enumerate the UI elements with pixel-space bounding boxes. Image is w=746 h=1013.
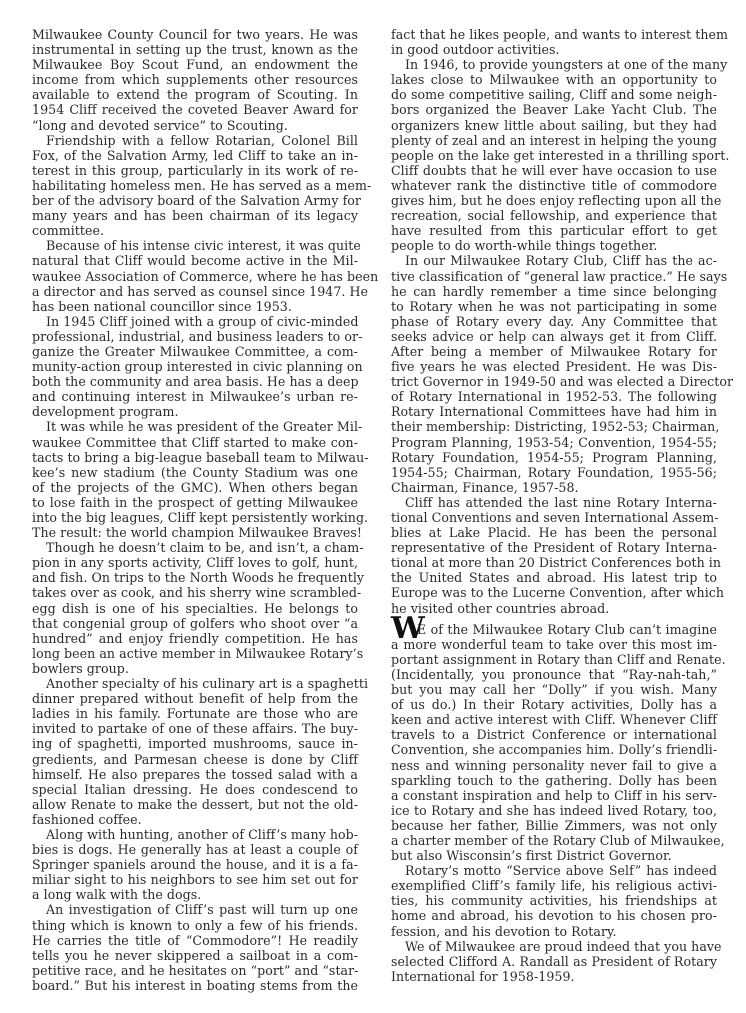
text-line: fession, and his devotion to Rotary. bbox=[391, 924, 717, 939]
text-line: selected Clifford A. Randall as Presiden… bbox=[391, 954, 717, 969]
text-line: a long walk with the dogs. bbox=[32, 887, 358, 902]
text-line: takes over as cook, and his sherry wine … bbox=[32, 585, 358, 600]
text-line: a director and has served as counsel sin… bbox=[32, 284, 358, 299]
text-line-content: E of the Milwaukee Rotary Club can’t ima… bbox=[417, 622, 717, 637]
text-line: Because of his intense civic interest, i… bbox=[32, 238, 358, 253]
text-line: tells you he never skippered a sailboat … bbox=[32, 948, 358, 963]
paragraph: Though he doesn’t claim to be, and isn’t… bbox=[32, 540, 358, 676]
text-line: instrumental in setting up the trust, kn… bbox=[32, 42, 358, 57]
text-line: people on the lake get interested in a t… bbox=[391, 148, 717, 163]
text-line: of Rotary International in 1952-53. The … bbox=[391, 389, 717, 404]
text-line: miliar sight to his neighbors to see him… bbox=[32, 872, 358, 887]
text-line: dinner prepared without benefit of help … bbox=[32, 691, 358, 706]
text-line: because her father, Billie Zimmers, was … bbox=[391, 818, 717, 833]
paragraph: Along with hunting, another of Cliff’s m… bbox=[32, 827, 358, 902]
text-line: “long and devoted service” to Scouting. bbox=[32, 118, 358, 133]
text-line: tional Conventions and seven Internation… bbox=[391, 510, 717, 525]
text-line: Fox, of the Salvation Army, led Cliff to… bbox=[32, 148, 358, 163]
document-page: Milwaukee County Council for two years. … bbox=[0, 0, 746, 1013]
drop-cap: W bbox=[391, 616, 425, 642]
text-line: Though he doesn’t claim to be, and isn’t… bbox=[32, 540, 358, 555]
text-line: In our Milwaukee Rotary Club, Cliff has … bbox=[391, 253, 717, 268]
right-text-column: fact that he likes people, and wants to … bbox=[391, 27, 717, 984]
paragraph: Milwaukee County Council for two years. … bbox=[32, 27, 358, 133]
text-line: bors organized the Beaver Lake Yacht Clu… bbox=[391, 102, 717, 117]
text-line: Convention, she accompanies him. Dolly’s… bbox=[391, 742, 717, 757]
text-line: development program. bbox=[32, 404, 358, 419]
text-line: Rotary International Committees have had… bbox=[391, 404, 717, 419]
text-line: waukee Committee that Cliff started to m… bbox=[32, 435, 358, 450]
paragraph: In 1946, to provide youngsters at one of… bbox=[391, 57, 717, 253]
text-line: phase of Rotary every day. Any Committee… bbox=[391, 314, 717, 329]
paragraph: We of Milwaukee are proud indeed that yo… bbox=[391, 939, 717, 984]
text-line: of the projects of the GMC). When others… bbox=[32, 480, 358, 495]
text-line: that congenial group of golfers who shoo… bbox=[32, 616, 358, 631]
text-line: trict Governor in 1949-50 and was electe… bbox=[391, 374, 717, 389]
text-line: egg dish is one of his specialties. He b… bbox=[32, 601, 358, 616]
text-line: ber of the advisory board of the Salvati… bbox=[32, 193, 358, 208]
text-line: gives him, but he does enjoy reflecting … bbox=[391, 193, 717, 208]
text-line: Rotary’s motto “Service above Self” has … bbox=[391, 863, 717, 878]
text-line: ties, his community activities, his frie… bbox=[391, 893, 717, 908]
text-line: In 1946, to provide youngsters at one of… bbox=[391, 57, 717, 72]
text-line: organizers knew little about sailing, bu… bbox=[391, 118, 717, 133]
text-line: to lose faith in the prospect of getting… bbox=[32, 495, 358, 510]
text-line: Chairman, Finance, 1957-58. bbox=[391, 480, 717, 495]
text-line: After being a member of Milwaukee Rotary… bbox=[391, 344, 717, 359]
text-line: pion in any sports activity, Cliff loves… bbox=[32, 555, 358, 570]
text-line: travels to a District Conference or inte… bbox=[391, 727, 717, 742]
text-line: fashioned coffee. bbox=[32, 812, 358, 827]
text-line: 1954-55; Chairman, Rotary Foundation, 19… bbox=[391, 465, 717, 480]
text-line: he visited other countries abroad. bbox=[391, 601, 717, 616]
text-line: in good outdoor activities. bbox=[391, 42, 717, 57]
text-line: invited to partake of one of these affai… bbox=[32, 721, 358, 736]
text-line: the United States and abroad. His latest… bbox=[391, 570, 717, 585]
text-line: thing which is known to only a few of hi… bbox=[32, 918, 358, 933]
text-line: do some competitive sailing, Cliff and s… bbox=[391, 87, 717, 102]
text-line: both the community and area basis. He ha… bbox=[32, 374, 358, 389]
text-line: International for 1958-1959. bbox=[391, 969, 717, 984]
text-line: bies is dogs. He generally has at least … bbox=[32, 842, 358, 857]
paragraph: WE of the Milwaukee Rotary Club can’t im… bbox=[391, 622, 717, 864]
text-line: plenty of zeal and an interest in helpin… bbox=[391, 133, 717, 148]
text-line: 1954 Cliff received the coveted Beaver A… bbox=[32, 102, 358, 117]
text-line: tional at more than 20 District Conferen… bbox=[391, 555, 717, 570]
text-line: people to do worth-while things together… bbox=[391, 238, 717, 253]
text-line: five years he was elected President. He … bbox=[391, 359, 717, 374]
text-line: Rotary Foundation, 1954-55; Program Plan… bbox=[391, 450, 717, 465]
text-line: ganize the Greater Milwaukee Committee, … bbox=[32, 344, 358, 359]
text-line: seeks advice or help can always get it f… bbox=[391, 329, 717, 344]
text-line: committee. bbox=[32, 223, 358, 238]
text-line: sparkling touch to the gathering. Dolly … bbox=[391, 773, 717, 788]
text-line: (Incidentally, you pronounce that “Ray-n… bbox=[391, 667, 717, 682]
text-line: Another specialty of his culinary art is… bbox=[32, 676, 358, 691]
text-line: An investigation of Cliff’s past will tu… bbox=[32, 902, 358, 917]
paragraph: It was while he was president of the Gre… bbox=[32, 419, 358, 540]
text-line: tacts to bring a big-league baseball tea… bbox=[32, 450, 358, 465]
text-line: portant assignment in Rotary than Cliff … bbox=[391, 652, 717, 667]
text-line: kee’s new stadium (the County Stadium wa… bbox=[32, 465, 358, 480]
text-line: but you may call her “Dolly” if you wish… bbox=[391, 682, 717, 697]
text-line: and continuing interest in Milwaukee’s u… bbox=[32, 389, 358, 404]
text-line: WE of the Milwaukee Rotary Club can’t im… bbox=[391, 622, 717, 637]
text-line: habilitating homeless men. He has served… bbox=[32, 178, 358, 193]
paragraph: Cliff has attended the last nine Rotary … bbox=[391, 495, 717, 616]
text-line: Cliff has attended the last nine Rotary … bbox=[391, 495, 717, 510]
text-line: Europe was to the Lucerne Convention, af… bbox=[391, 585, 717, 600]
text-line: but also Wisconsin’s first District Gove… bbox=[391, 848, 717, 863]
text-line: Milwaukee Boy Scout Fund, an endowment t… bbox=[32, 57, 358, 72]
text-line: have resulted from this particular effor… bbox=[391, 223, 717, 238]
paragraph: Rotary’s motto “Service above Self” has … bbox=[391, 863, 717, 938]
text-line: Program Planning, 1953-54; Convention, 1… bbox=[391, 435, 717, 450]
text-line: their membership: Districting, 1952-53; … bbox=[391, 419, 717, 434]
text-line: into the big leagues, Cliff kept persist… bbox=[32, 510, 358, 525]
text-line: himself. He also prepares the tossed sal… bbox=[32, 767, 358, 782]
text-line: gredients, and Parmesan cheese is done b… bbox=[32, 752, 358, 767]
text-line: whatever rank the distinctive title of c… bbox=[391, 178, 717, 193]
text-line: Cliff doubts that he will ever have occa… bbox=[391, 163, 717, 178]
text-line: and fish. On trips to the North Woods he… bbox=[32, 570, 358, 585]
text-line: ness and winning personality never fail … bbox=[391, 758, 717, 773]
text-line: keen and active interest with Cliff. Whe… bbox=[391, 712, 717, 727]
text-line: In 1945 Cliff joined with a group of civ… bbox=[32, 314, 358, 329]
text-line: It was while he was president of the Gre… bbox=[32, 419, 358, 434]
text-line: available to extend the program of Scout… bbox=[32, 87, 358, 102]
text-line: Springer spaniels around the house, and … bbox=[32, 857, 358, 872]
text-line: he can hardly remember a time since belo… bbox=[391, 284, 717, 299]
text-line: a constant inspiration and help to Cliff… bbox=[391, 788, 717, 803]
text-line: a charter member of the Rotary Club of M… bbox=[391, 833, 717, 848]
text-line: waukee Association of Commerce, where he… bbox=[32, 269, 358, 284]
paragraph: In 1945 Cliff joined with a group of civ… bbox=[32, 314, 358, 420]
text-line: a more wonderful team to take over this … bbox=[391, 637, 717, 652]
text-line: home and abroad, his devotion to his cho… bbox=[391, 908, 717, 923]
text-line: ice to Rotary and she has indeed lived R… bbox=[391, 803, 717, 818]
text-line: blies at Lake Placid. He has been the pe… bbox=[391, 525, 717, 540]
text-line: board.” But his interest in boating stem… bbox=[32, 978, 358, 993]
text-line: munity-action group interested in civic … bbox=[32, 359, 358, 374]
text-line: ing of spaghetti, imported mushrooms, sa… bbox=[32, 736, 358, 751]
text-line: We of Milwaukee are proud indeed that yo… bbox=[391, 939, 717, 954]
text-line: Friendship with a fellow Rotarian, Colon… bbox=[32, 133, 358, 148]
text-line: The result: the world champion Milwaukee… bbox=[32, 525, 358, 540]
text-line: Milwaukee County Council for two years. … bbox=[32, 27, 358, 42]
paragraph: Friendship with a fellow Rotarian, Colon… bbox=[32, 133, 358, 239]
text-line: long been an active member in Milwaukee … bbox=[32, 646, 358, 661]
text-line: recreation, social fellowship, and exper… bbox=[391, 208, 717, 223]
text-line: special Italian dressing. He does condes… bbox=[32, 782, 358, 797]
paragraph: Another specialty of his culinary art is… bbox=[32, 676, 358, 827]
text-line: income from which supplements other reso… bbox=[32, 72, 358, 87]
text-line: to Rotary when he was not participating … bbox=[391, 299, 717, 314]
text-line: many years and has been chairman of its … bbox=[32, 208, 358, 223]
text-line: natural that Cliff would become active i… bbox=[32, 253, 358, 268]
text-line: ladies in his family. Fortunate are thos… bbox=[32, 706, 358, 721]
text-line: terest in this group, particularly in it… bbox=[32, 163, 358, 178]
text-line: lakes close to Milwaukee with an opportu… bbox=[391, 72, 717, 87]
paragraph: Because of his intense civic interest, i… bbox=[32, 238, 358, 313]
text-line: hundred” and enjoy friendly competition.… bbox=[32, 631, 358, 646]
text-line: tive classification of “general law prac… bbox=[391, 269, 717, 284]
text-line: representative of the President of Rotar… bbox=[391, 540, 717, 555]
text-line: He carries the title of “Commodore”! He … bbox=[32, 933, 358, 948]
text-line: exemplified Cliff’s family life, his rel… bbox=[391, 878, 717, 893]
paragraph: In our Milwaukee Rotary Club, Cliff has … bbox=[391, 253, 717, 495]
paragraph: An investigation of Cliff’s past will tu… bbox=[32, 902, 358, 993]
text-line: has been national councillor since 1953. bbox=[32, 299, 358, 314]
text-line: Along with hunting, another of Cliff’s m… bbox=[32, 827, 358, 842]
text-line: allow Renate to make the dessert, but no… bbox=[32, 797, 358, 812]
left-text-column: Milwaukee County Council for two years. … bbox=[32, 27, 358, 993]
text-line: petitive race, and he hesitates on “port… bbox=[32, 963, 358, 978]
text-line: of us do.) In their Rotary activities, D… bbox=[391, 697, 717, 712]
paragraph: fact that he likes people, and wants to … bbox=[391, 27, 717, 57]
text-line: bowlers group. bbox=[32, 661, 358, 676]
text-line: fact that he likes people, and wants to … bbox=[391, 27, 717, 42]
text-line: professional, industrial, and business l… bbox=[32, 329, 358, 344]
